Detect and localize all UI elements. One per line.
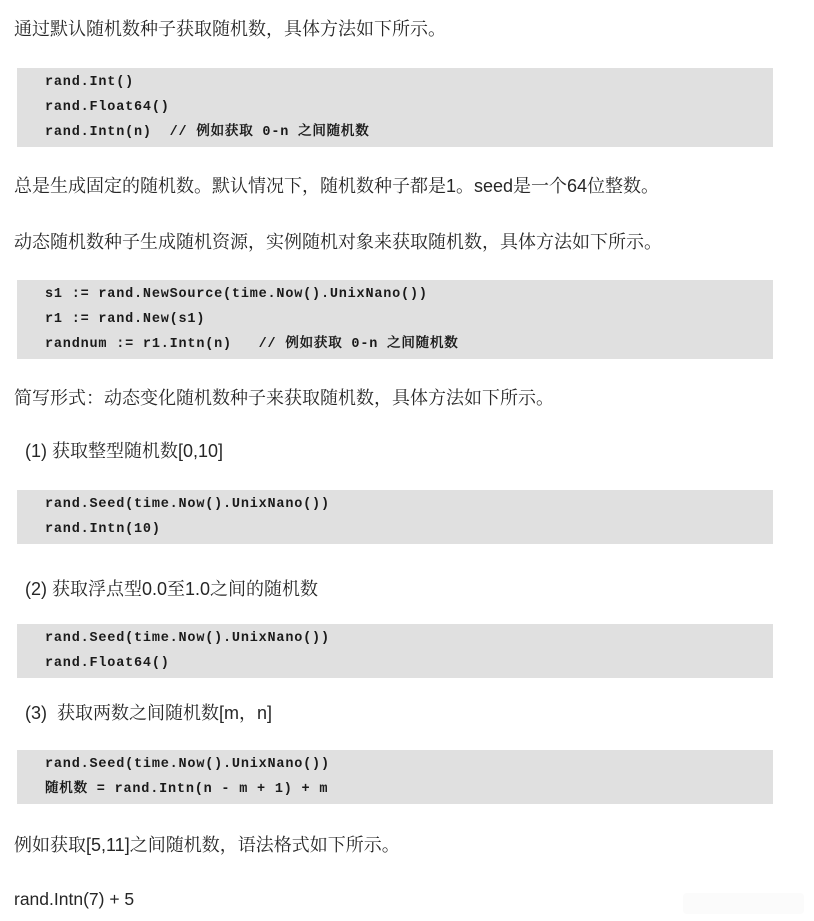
code-line: rand.Float64()	[45, 651, 773, 676]
paragraph-note-fixed-seed: 总是生成固定的随机数。默认情况下，随机数种子都是1。seed是一个64位整数。	[14, 173, 814, 199]
code-line: rand.Seed(time.Now().UnixNano())	[45, 626, 773, 651]
code-line: rand.Intn(10)	[45, 517, 773, 542]
code-block-item-3: rand.Seed(time.Now().UnixNano()) 随机数 = r…	[17, 750, 773, 804]
paragraph-intro-default-seed: 通过默认随机数种子获取随机数，具体方法如下所示。	[14, 16, 814, 42]
document-body: 通过默认随机数种子获取随机数，具体方法如下所示。 rand.Int() rand…	[14, 16, 814, 912]
paragraph-intro-dynamic-seed: 动态随机数种子生成随机资源，实例随机对象来获取随机数，具体方法如下所示。	[14, 229, 814, 255]
list-item-3-title: (3) 获取两数之间随机数[m，n]	[14, 700, 814, 726]
code-line: rand.Int()	[45, 70, 773, 95]
code-line: r1 := rand.New(s1)	[45, 307, 773, 332]
code-line: 随机数 = rand.Intn(n - m + 1) + m	[45, 777, 773, 802]
faint-highlight-artifact	[683, 893, 804, 914]
code-block-dynamic-seed: s1 := rand.NewSource(time.Now().UnixNano…	[17, 280, 773, 359]
list-item-1-title: (1) 获取整型随机数[0,10]	[14, 438, 814, 464]
code-line: rand.Float64()	[45, 95, 773, 120]
paragraph-example-5-11: 例如获取[5,11]之间随机数，语法格式如下所示。	[14, 832, 814, 858]
code-line: s1 := rand.NewSource(time.Now().UnixNano…	[45, 282, 773, 307]
code-line: rand.Seed(time.Now().UnixNano())	[45, 752, 773, 777]
code-block-default-seed: rand.Int() rand.Float64() rand.Intn(n) /…	[17, 68, 773, 147]
code-line: rand.Seed(time.Now().UnixNano())	[45, 492, 773, 517]
code-line: randnum := r1.Intn(n) // 例如获取 0-n 之间随机数	[45, 332, 773, 357]
code-line: rand.Intn(n) // 例如获取 0-n 之间随机数	[45, 120, 773, 145]
list-item-2-title: (2) 获取浮点型0.0至1.0之间的随机数	[14, 576, 814, 602]
paragraph-intro-shorthand: 简写形式：动态变化随机数种子来获取随机数，具体方法如下所示。	[14, 385, 814, 411]
code-block-item-2: rand.Seed(time.Now().UnixNano()) rand.Fl…	[17, 624, 773, 678]
code-block-item-1: rand.Seed(time.Now().UnixNano()) rand.In…	[17, 490, 773, 544]
